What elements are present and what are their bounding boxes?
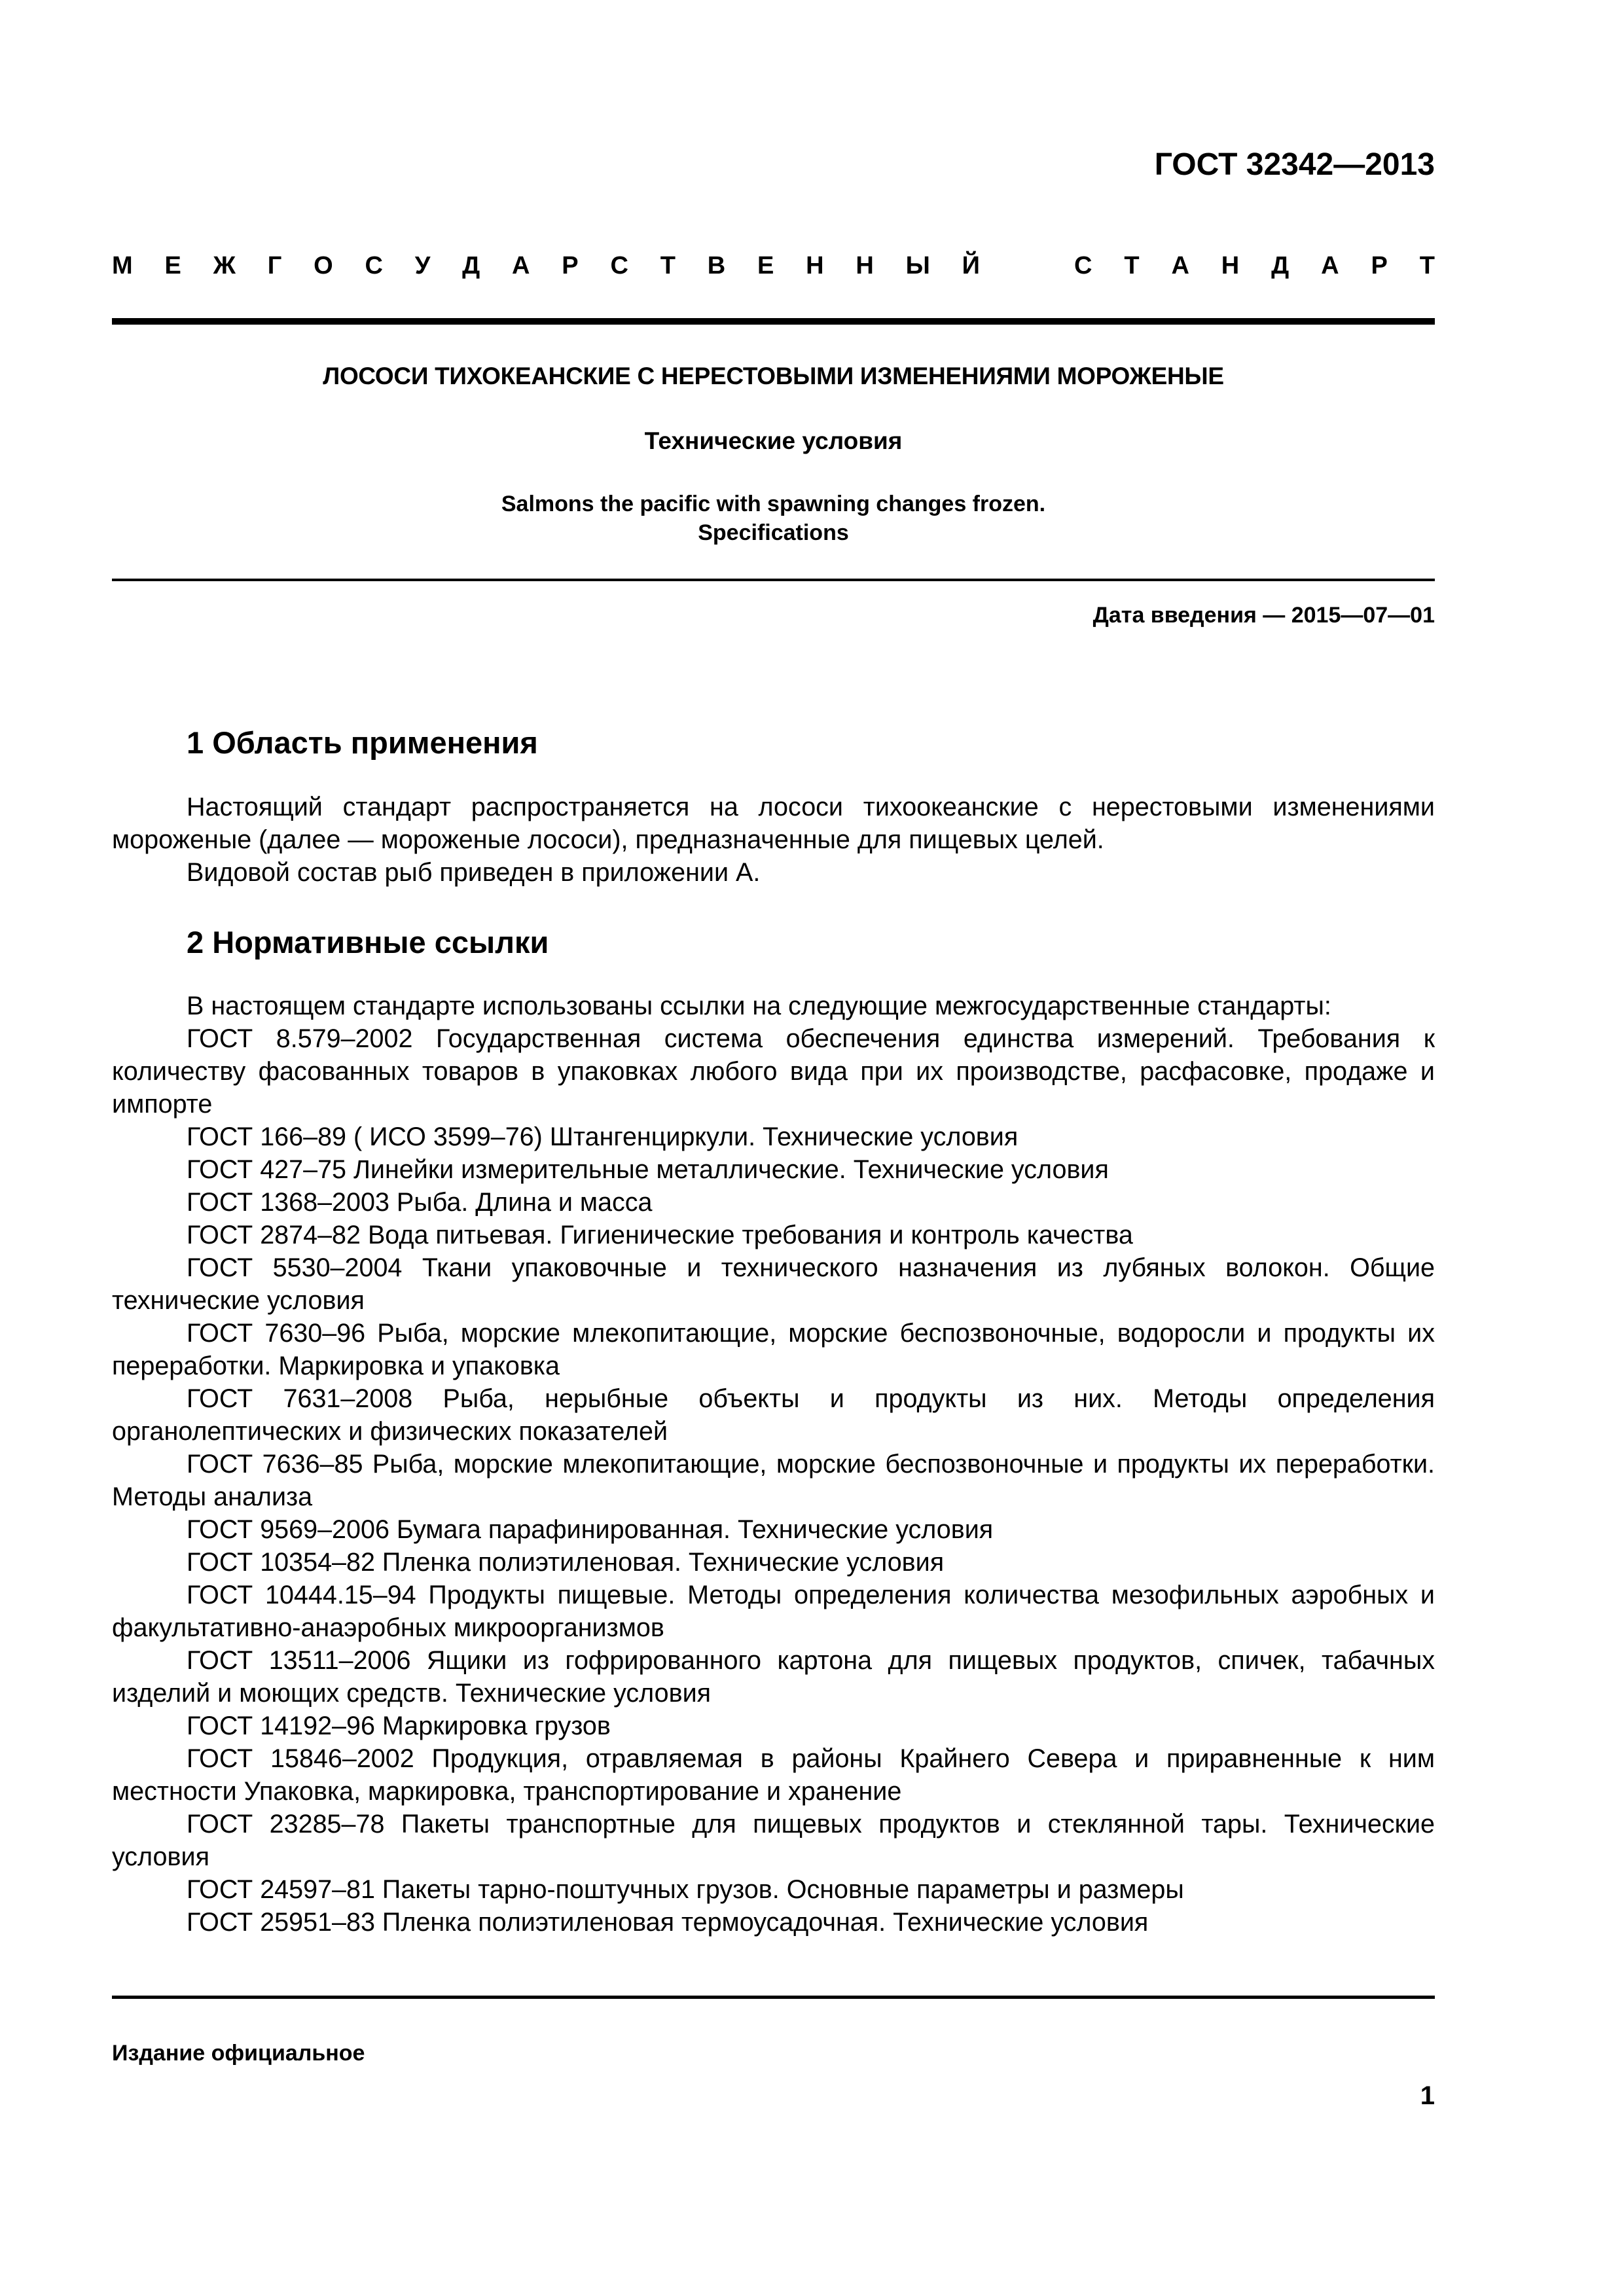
document-subtitle-ru: Технические условия xyxy=(112,426,1435,456)
banner-letter: Е xyxy=(164,250,181,281)
paragraph: ГОСТ 7636–85 Рыба, морские млекопитающие… xyxy=(112,1448,1435,1513)
banner-letter: С xyxy=(610,250,628,281)
paragraph: ГОСТ 1368–2003 Рыба. Длина и масса xyxy=(112,1186,1435,1219)
paragraph: ГОСТ 9569–2006 Бумага парафинированная. … xyxy=(112,1513,1435,1546)
paragraph: ГОСТ 8.579–2002 Государственная система … xyxy=(112,1022,1435,1121)
banner-letter: Т xyxy=(660,250,676,281)
paragraph: ГОСТ 10444.15–94 Продукты пищевые. Метод… xyxy=(112,1579,1435,1644)
paragraph: ГОСТ 166–89 ( ИСО 3599–76) Штангенциркул… xyxy=(112,1121,1435,1153)
banner-letter: Р xyxy=(1371,250,1387,281)
paragraph: ГОСТ 5530–2004 Ткани упаковочные и техни… xyxy=(112,1251,1435,1317)
banner-letter: Н xyxy=(1221,250,1239,281)
banner-word-standard: СТАНДАРТ xyxy=(1074,250,1435,281)
paragraph: Видовой состав рыб приведен в приложении… xyxy=(112,856,1435,889)
document-title-ru: ЛОСОСИ ТИХОКЕАНСКИЕ С НЕРЕСТОВЫМИ ИЗМЕНЕ… xyxy=(112,361,1435,391)
section-body-normative-references: В настоящем стандарте использованы ссылк… xyxy=(112,990,1435,1939)
document-code: ГОСТ 32342—2013 xyxy=(1155,147,1435,183)
paragraph: ГОСТ 10354–82 Пленка полиэтиленовая. Тех… xyxy=(112,1546,1435,1579)
section-heading-scope: 1 Область применения xyxy=(187,725,538,761)
banner-letter: Е xyxy=(757,250,774,281)
banner-letter: Т xyxy=(1420,250,1435,281)
page-number: 1 xyxy=(1420,2080,1435,2111)
paragraph: ГОСТ 25951–83 Пленка полиэтиленовая терм… xyxy=(112,1906,1435,1939)
banner-letter: Й xyxy=(962,250,980,281)
banner-letter: Ж xyxy=(213,250,236,281)
paragraph: ГОСТ 7630–96 Рыба, морские млекопитающие… xyxy=(112,1317,1435,1382)
document-page: ГОСТ 32342—2013 МЕЖГОСУДАРСТВЕННЫЙ СТАНД… xyxy=(0,0,1624,2296)
section-body-scope: Настоящий стандарт распространяется на л… xyxy=(112,791,1435,889)
paragraph: ГОСТ 15846–2002 Продукция, отравляемая в… xyxy=(112,1742,1435,1808)
banner-letter: Н xyxy=(856,250,873,281)
paragraph: В настоящем стандарте использованы ссылк… xyxy=(112,990,1435,1022)
paragraph: ГОСТ 14192–96 Маркировка грузов xyxy=(112,1710,1435,1742)
official-edition-label: Издание официальное xyxy=(112,2039,365,2068)
paragraph: ГОСТ 24597–81 Пакеты тарно-поштучных гру… xyxy=(112,1873,1435,1906)
banner-letter: В xyxy=(708,250,725,281)
banner-letter: С xyxy=(365,250,382,281)
header-rule xyxy=(112,318,1435,325)
banner-letter: Р xyxy=(562,250,578,281)
document-subtitle-en: Specifications xyxy=(112,518,1435,547)
banner-letter: О xyxy=(314,250,333,281)
title-rule xyxy=(112,579,1435,581)
banner-letter: А xyxy=(512,250,530,281)
banner-letter: Д xyxy=(1271,250,1289,281)
banner-word-interstate: МЕЖГОСУДАРСТВЕННЫЙ xyxy=(112,250,980,281)
banner-letter: Д xyxy=(462,250,480,281)
section-heading-normative-references: 2 Нормативные ссылки xyxy=(187,924,549,961)
standard-banner: МЕЖГОСУДАРСТВЕННЫЙ СТАНДАРТ xyxy=(112,250,1435,281)
document-title-en: Salmons the pacific with spawning change… xyxy=(112,490,1435,518)
paragraph: ГОСТ 23285–78 Пакеты транспортные для пи… xyxy=(112,1808,1435,1873)
banner-letter: Т xyxy=(1124,250,1139,281)
banner-letter: А xyxy=(1321,250,1339,281)
banner-letter: М xyxy=(112,250,133,281)
banner-letter: Н xyxy=(806,250,823,281)
banner-letter: А xyxy=(1171,250,1189,281)
introduction-date: Дата введения — 2015—07—01 xyxy=(1093,601,1435,630)
banner-letter: Ы xyxy=(906,250,930,281)
paragraph: ГОСТ 2874–82 Вода питьевая. Гигиенически… xyxy=(112,1219,1435,1251)
paragraph: ГОСТ 7631–2008 Рыба, нерыбные объекты и … xyxy=(112,1382,1435,1448)
paragraph: ГОСТ 427–75 Линейки измерительные металл… xyxy=(112,1153,1435,1186)
paragraph: ГОСТ 13511–2006 Ящики из гофрированного … xyxy=(112,1644,1435,1710)
paragraph: Настоящий стандарт распространяется на л… xyxy=(112,791,1435,856)
banner-letter: С xyxy=(1074,250,1092,281)
footer-rule xyxy=(112,1996,1435,1999)
banner-letter: У xyxy=(415,250,431,281)
banner-letter: Г xyxy=(268,250,282,281)
